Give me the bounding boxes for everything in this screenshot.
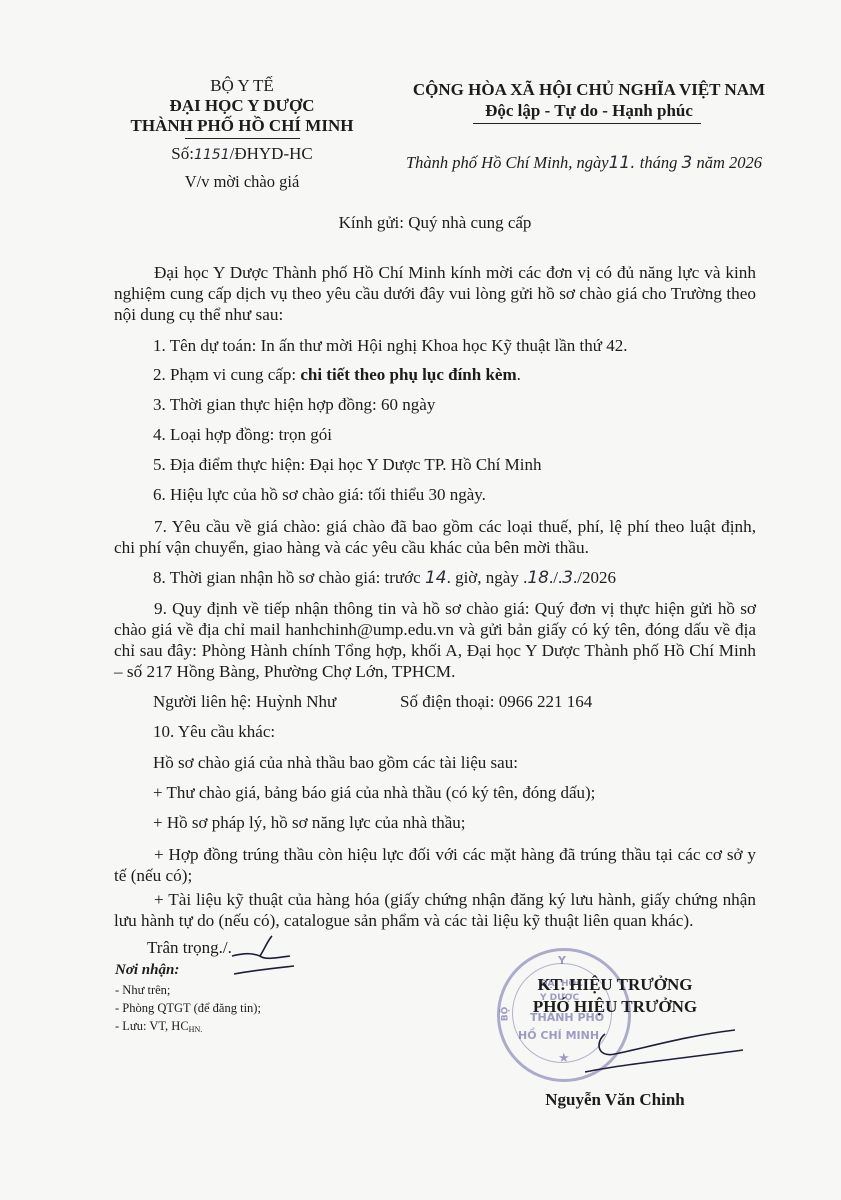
item-5: 5. Địa điểm thực hiện: Đại học Y Dược TP… — [153, 455, 541, 475]
document-subject: V/v mời chào giá — [92, 172, 392, 192]
item-4: 4. Loại hợp đồng: trọn gói — [153, 425, 332, 445]
signer-title-line2: PHÓ HIỆU TRƯỞNG — [490, 997, 740, 1017]
stamp-star-icon: ★ — [558, 1051, 570, 1066]
recipient-1: - Như trên; — [115, 983, 170, 998]
signer-title-line1: KT. HIỆU TRƯỞNG — [490, 975, 740, 995]
handwritten-number: 1151 — [194, 147, 230, 163]
recipient-2: - Phòng QTGT (để đăng tin); — [115, 1001, 261, 1016]
contact-phone: Số điện thoại: 0966 221 164 — [400, 692, 592, 712]
item-9: 9. Quy định về tiếp nhận thông tin và hồ… — [114, 598, 756, 682]
item-3: 3. Thời gian thực hiện hợp đồng: 60 ngày — [153, 395, 435, 415]
ministry-name: BỘ Y TẾ — [92, 76, 392, 96]
item-1: 1. Tên dự toán: In ấn thư mời Hội nghị K… — [153, 336, 627, 356]
initial-signature-icon — [228, 930, 298, 978]
handwritten-signature-icon — [585, 1028, 745, 1078]
document-number: Số:1151/ĐHYD-HC — [92, 144, 392, 164]
recipient-3: - Lưu: VT, HCHN. — [115, 1019, 202, 1034]
requirement-bullet-1: + Thư chào giá, bảng báo giá của nhà thầ… — [153, 783, 595, 803]
requirement-bullet-3: + Hợp đồng trúng thầu còn hiệu lực đối v… — [114, 844, 756, 886]
item-2: 2. Phạm vi cung cấp: chi tiết theo phụ l… — [153, 365, 521, 385]
document-date: Thành phố Hồ Chí Minh, ngày11. tháng 3 n… — [406, 153, 762, 173]
item-7: 7. Yêu cầu về giá chào: giá chào đã bao … — [114, 516, 756, 558]
contact-person: Người liên hệ: Huỳnh Như — [153, 692, 336, 712]
requirement-bullet-2: + Hồ sơ pháp lý, hồ sơ năng lực của nhà … — [153, 813, 466, 833]
header-left-underline — [185, 138, 300, 139]
signer-name: Nguyễn Văn Chinh — [490, 1090, 740, 1110]
closing: Trân trọng./. — [147, 938, 232, 958]
requirement-bullet-4: + Tài liệu kỹ thuật của hàng hóa (giấy c… — [114, 889, 756, 931]
motto-underline — [473, 123, 701, 124]
item-8: 8. Thời gian nhận hồ sơ chào giá: trước … — [153, 568, 616, 588]
item-6: 6. Hiệu lực của hồ sơ chào giá: tối thiể… — [153, 485, 486, 505]
nation-motto: Độc lập - Tự do - Hạnh phúc — [404, 101, 774, 121]
other-requirements-title: 10. Yêu cầu khác: — [153, 722, 275, 742]
nation-title: CỘNG HÒA XÃ HỘI CHỦ NGHĨA VIỆT NAM — [404, 80, 774, 100]
organization-line1: ĐẠI HỌC Y DƯỢC — [92, 96, 392, 116]
recipients-title: Nơi nhận: — [115, 962, 179, 979]
other-requirements-lead: Hồ sơ chào giá của nhà thầu bao gồm các … — [153, 753, 518, 773]
document-page: BỘ Y TẾ ĐẠI HỌC Y DƯỢC THÀNH PHỐ HỒ CHÍ … — [0, 0, 841, 1200]
organization-line2: THÀNH PHỐ HỒ CHÍ MINH — [92, 116, 392, 136]
intro-paragraph: Đại học Y Dược Thành phố Hồ Chí Minh kín… — [114, 262, 756, 325]
salutation: Kính gửi: Quý nhà cung cấp — [114, 213, 756, 233]
